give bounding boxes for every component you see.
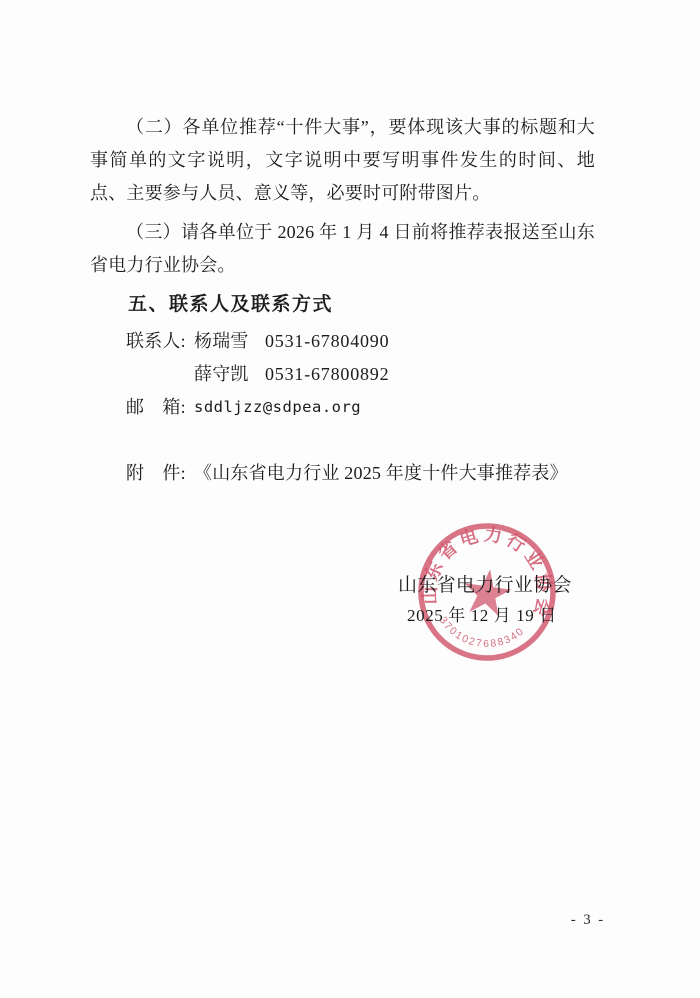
attachment-row: 附 件: 《山东省电力行业 2025 年度十件大事推荐表》 xyxy=(90,457,595,490)
document-page: （二）各单位推荐“十件大事”，要体现该大事的标题和大事简单的文字说明，文字说明中… xyxy=(0,0,700,998)
contact-label: 联系人: xyxy=(126,325,194,358)
paragraph-item-2: （二）各单位推荐“十件大事”，要体现该大事的标题和大事简单的文字说明，文字说明中… xyxy=(90,111,595,210)
contact-phone-1: 0531-67804090 xyxy=(265,325,389,358)
email-label: 邮 箱: xyxy=(126,391,194,424)
email-address: sddljzz@sdpea.org xyxy=(194,391,361,424)
contact-name-2: 薛守凯 xyxy=(194,358,265,391)
page-number: - 3 - xyxy=(556,912,620,929)
contact-label-spacer xyxy=(126,358,194,391)
section-heading-contacts: 五、联系人及联系方式 xyxy=(90,287,595,322)
document-body: （二）各单位推荐“十件大事”，要体现该大事的标题和大事简单的文字说明，文字说明中… xyxy=(90,111,595,490)
contact-name-1: 杨瑞雪 xyxy=(194,325,265,358)
signature-date: 2025 年 12 月 19 日 xyxy=(407,601,557,626)
paragraph-item-3: （三）请各单位于 2026 年 1 月 4 日前将推荐表报送至山东省电力行业协会… xyxy=(90,216,595,282)
contact-phone-2: 0531-67800892 xyxy=(265,358,389,391)
contact-block: 联系人: 杨瑞雪 0531-67804090 薛守凯 0531-67800892… xyxy=(90,325,595,424)
email-row: 邮 箱: sddljzz@sdpea.org xyxy=(90,391,595,424)
contact-row-2: 薛守凯 0531-67800892 xyxy=(90,358,595,391)
signature-organization: 山东省电力行业协会 xyxy=(398,570,572,597)
attachment-title: 《山东省电力行业 2025 年度十件大事推荐表》 xyxy=(194,457,568,490)
attachment-label: 附 件: xyxy=(126,457,194,490)
contact-row-1: 联系人: 杨瑞雪 0531-67804090 xyxy=(90,325,595,358)
